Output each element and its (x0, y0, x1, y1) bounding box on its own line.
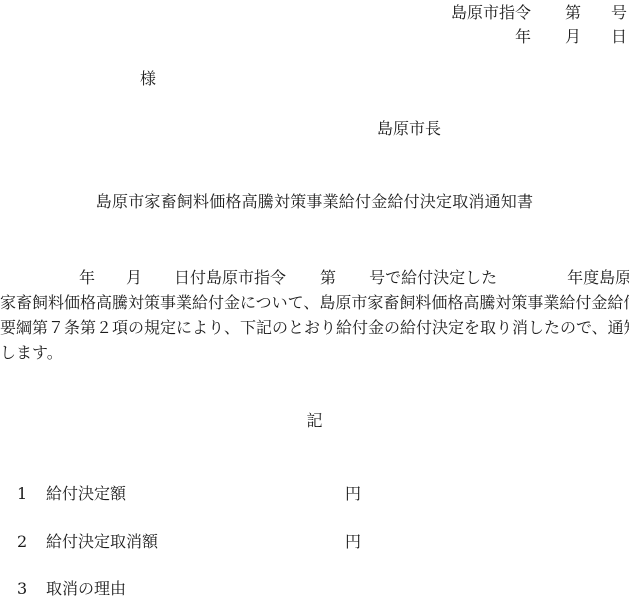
item-unit: 円 (345, 484, 361, 504)
item-decision-amount: 1 給付決定額 円 (0, 484, 629, 504)
item-number: 1 (17, 484, 27, 504)
reference-number: 島原市指令第号 (451, 5, 627, 21)
document-title: 島原市家畜飼料価格高騰対策事業給付金給付決定取消通知書 (0, 194, 629, 210)
item-label: 取消の理由 (46, 579, 126, 598)
reference-dai: 第 (565, 5, 581, 21)
item-label: 給付決定取消額 (46, 532, 158, 552)
item-number: 3 (17, 579, 27, 598)
reference-prefix: 島原市指令 (451, 5, 531, 21)
issuer: 島原市長 (377, 121, 441, 137)
ki-heading: 記 (0, 413, 629, 429)
body-paragraph: 年月日付島原市指令第号で給付決定した年度島原市 家畜飼料価格高騰対策事業給付金に… (0, 265, 629, 365)
item-number: 2 (17, 532, 27, 552)
date-day: 日 (611, 29, 627, 45)
item-cancel-amount: 2 給付決定取消額 円 (0, 532, 629, 552)
issue-date: 年月日 (515, 29, 627, 45)
body-line-2: 家畜飼料価格高騰対策事業給付金について、島原市家畜飼料価格高騰対策事業給付金給付 (0, 290, 629, 315)
reference-go: 号 (611, 5, 627, 21)
body-line-4: します。 (0, 340, 629, 365)
item-unit: 円 (345, 532, 361, 552)
date-year: 年 (515, 29, 531, 45)
item-cancel-reason: 3 取消の理由 (0, 579, 629, 598)
date-month: 月 (565, 29, 581, 45)
addressee: 様 (140, 71, 156, 87)
body-line-3: 要綱第７条第２項の規定により、下記のとおり給付金の給付決定を取り消したので、通知 (0, 315, 629, 340)
item-label: 給付決定額 (46, 484, 126, 504)
body-line-1: 年月日付島原市指令第号で給付決定した年度島原市 (0, 265, 629, 290)
